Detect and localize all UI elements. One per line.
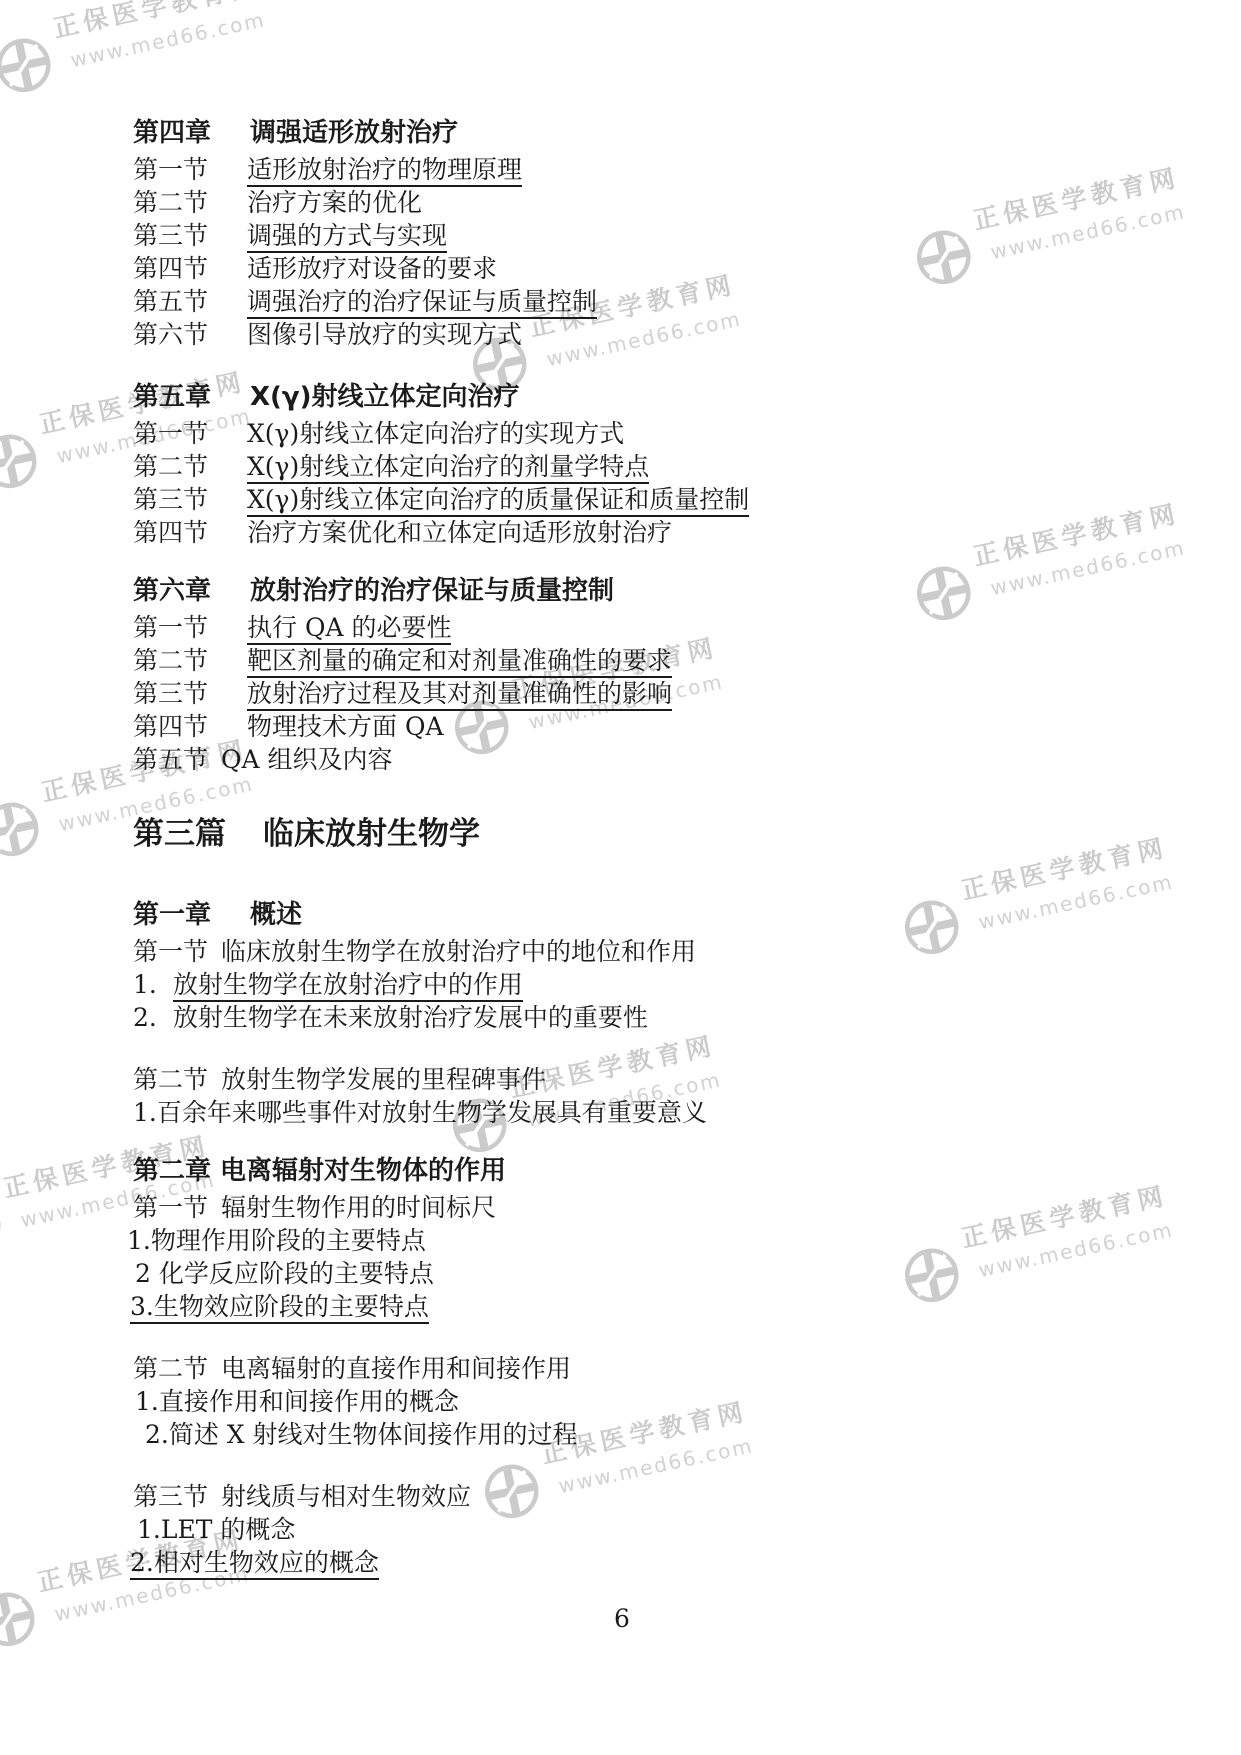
toc-subitem-row: 1.物理作用阶段的主要特点 <box>127 1224 1173 1257</box>
section-label: 第三节 <box>133 677 247 710</box>
section-title: 调强治疗的治疗保证与质量控制 <box>247 287 597 319</box>
subitem-number: 3. <box>130 1290 154 1323</box>
part-label: 第三篇 <box>133 811 263 857</box>
chapter-label: 第一章 <box>133 895 250 935</box>
toc-section-row: 第二节电离辐射的直接作用和间接作用 <box>133 1352 1173 1385</box>
underlined-group: 2.相对生物效应的概念 <box>130 1548 379 1580</box>
section-title: 治疗方案的优化 <box>247 188 422 217</box>
chapter-heading: 第六章放射治疗的治疗保证与质量控制 <box>133 571 1173 611</box>
toc-subitem-row: 2.相对生物效应的概念 <box>130 1546 1173 1579</box>
toc-section-row: 第五节调强治疗的治疗保证与质量控制 <box>133 285 1173 318</box>
subitem-title: 直接作用和间接作用的概念 <box>159 1387 459 1416</box>
toc-subitem-row: 1.直接作用和间接作用的概念 <box>135 1385 1173 1418</box>
subitem-title: 化学反应阶段的主要特点 <box>159 1259 434 1288</box>
toc-subitem-row: 3.生物效应阶段的主要特点 <box>130 1290 1173 1323</box>
toc-section-row: 第六节图像引导放疗的实现方式 <box>133 318 1173 351</box>
toc-section-row: 第三节调强的方式与实现 <box>133 219 1173 252</box>
section-label: 第二节 <box>133 186 247 219</box>
chapter-block: 第四章调强适形放射治疗第一节适形放射治疗的物理原理第二节治疗方案的优化第三节调强… <box>133 113 1173 351</box>
section-label: 第四节 <box>133 252 247 285</box>
section-title: 辐射生物作用的时间标尺 <box>221 1193 496 1222</box>
toc-subitem-row: 1.放射生物学在放射治疗中的作用 <box>133 968 1173 1001</box>
toc-section-row: 第二节靶区剂量的确定和对剂量准确性的要求 <box>133 644 1173 677</box>
subitem-title: 放射生物学在未来放射治疗发展中的重要性 <box>173 1003 648 1032</box>
toc-subitem-row: 2化学反应阶段的主要特点 <box>135 1257 1173 1290</box>
section-title: 电离辐射的直接作用和间接作用 <box>221 1354 571 1383</box>
section-label: 第三节 <box>133 483 247 516</box>
section-title: X(γ)射线立体定向治疗的剂量学特点 <box>247 452 649 484</box>
section-label: 第二节 <box>133 644 247 677</box>
subitem-number: 1. <box>133 1096 157 1129</box>
chapter-block: 第二章电离辐射对生物体的作用第一节辐射生物作用的时间标尺1.物理作用阶段的主要特… <box>133 1151 1173 1579</box>
section-title: 放射治疗过程及其对剂量准确性的影响 <box>247 679 672 711</box>
section-title: X(γ)射线立体定向治疗的质量保证和质量控制 <box>247 485 749 517</box>
toc-section-row: 第四节适形放疗对设备的要求 <box>133 252 1173 285</box>
subitem-number: 1. <box>137 1513 161 1546</box>
section-label: 第一节 <box>133 611 247 644</box>
toc-subitem-row: 2.放射生物学在未来放射治疗发展中的重要性 <box>133 1001 1173 1034</box>
section-label: 第三节 <box>133 219 247 252</box>
chapter-label: 第五章 <box>133 377 250 417</box>
chapter-title: 电离辐射对生物体的作用 <box>220 1156 506 1186</box>
toc-section-row: 第三节放射治疗过程及其对剂量准确性的影响 <box>133 677 1173 710</box>
page-number: 6 <box>600 1604 644 1633</box>
part-block: 第三篇临床放射生物学 <box>133 811 1173 857</box>
section-title: 图像引导放疗的实现方式 <box>247 320 522 349</box>
subitem-number: 2. <box>130 1546 154 1579</box>
blank-line <box>133 1034 1173 1063</box>
section-title: 临床放射生物学在放射治疗中的地位和作用 <box>221 937 696 966</box>
underlined-group: 3.生物效应阶段的主要特点 <box>130 1292 429 1324</box>
section-title: 适形放疗对设备的要求 <box>247 254 497 283</box>
section-title: 靶区剂量的确定和对剂量准确性的要求 <box>247 646 672 678</box>
chapter-title: 放射治疗的治疗保证与质量控制 <box>250 576 614 606</box>
chapter-label: 第二章 <box>133 1151 211 1191</box>
chapter-block: 第六章放射治疗的治疗保证与质量控制第一节执行 QA 的必要性第二节靶区剂量的确定… <box>133 571 1173 776</box>
section-label: 第二节 <box>133 450 247 483</box>
chapter-label: 第六章 <box>133 571 250 611</box>
section-title: 执行 QA 的必要性 <box>247 613 451 645</box>
section-label: 第四节 <box>133 516 247 549</box>
subitem-title: 生物效应阶段的主要特点 <box>154 1292 429 1321</box>
watermark: 正保医学教育网 www.med66.com <box>0 0 329 123</box>
subitem-number: 1. <box>133 968 157 1001</box>
section-label: 第四节 <box>133 710 247 743</box>
section-title: 调强的方式与实现 <box>247 221 447 253</box>
section-label: 第二节 <box>133 1352 208 1385</box>
subitem-title: 相对生物效应的概念 <box>154 1548 379 1577</box>
subitem-number: 2. <box>145 1418 169 1451</box>
subitem-title: 百余年来哪些事件对放射生物学发展具有重要意义 <box>157 1098 707 1127</box>
blank-line <box>133 1323 1173 1352</box>
section-label: 第五节 <box>133 285 247 318</box>
chapter-title: X(γ)射线立体定向治疗 <box>250 382 520 412</box>
toc-section-row: 第四节物理技术方面 QA <box>133 710 1173 743</box>
chapter-heading: 第二章电离辐射对生物体的作用 <box>133 1151 1173 1191</box>
document-page: 正保医学教育网 www.med66.com 正保医学教育网 www.med66.… <box>0 0 1241 1755</box>
subitem-number: 2. <box>133 1001 157 1034</box>
toc-section-row: 第三节X(γ)射线立体定向治疗的质量保证和质量控制 <box>133 483 1173 516</box>
section-title: 放射生物学发展的里程碑事件 <box>221 1065 546 1094</box>
section-label: 第二节 <box>133 1063 208 1096</box>
toc-subitem-row: 2.简述 X 射线对生物体间接作用的过程 <box>145 1418 1173 1451</box>
chapter-heading: 第五章X(γ)射线立体定向治疗 <box>133 377 1173 417</box>
toc-section-row: 第二节放射生物学发展的里程碑事件 <box>133 1063 1173 1096</box>
section-label: 第六节 <box>133 318 247 351</box>
med66-logo-icon <box>0 795 46 864</box>
med66-logo-icon <box>0 31 58 100</box>
subitem-title: 放射生物学在放射治疗中的作用 <box>173 970 523 1002</box>
toc-section-row: 第一节适形放射治疗的物理原理 <box>133 153 1173 186</box>
part-heading: 第三篇临床放射生物学 <box>133 811 1173 857</box>
toc-section-row: 第四节治疗方案优化和立体定向适形放射治疗 <box>133 516 1173 549</box>
blank-line <box>133 1451 1173 1480</box>
chapter-title: 调强适形放射治疗 <box>250 118 458 148</box>
subitem-title: 简述 X 射线对生物体间接作用的过程 <box>169 1420 578 1449</box>
section-label: 第五节 <box>133 743 208 776</box>
section-title: 治疗方案优化和立体定向适形放射治疗 <box>247 518 672 547</box>
section-title: 物理技术方面 QA <box>247 712 444 741</box>
section-label: 第一节 <box>133 935 208 968</box>
subitem-title: LET 的概念 <box>161 1515 295 1544</box>
toc-section-row: 第一节临床放射生物学在放射治疗中的地位和作用 <box>133 935 1173 968</box>
toc-subitem-row: 1.百余年来哪些事件对放射生物学发展具有重要意义 <box>133 1096 1173 1129</box>
chapter-label: 第四章 <box>133 113 250 153</box>
section-label: 第一节 <box>133 1191 208 1224</box>
section-label: 第一节 <box>133 153 247 186</box>
chapter-block: 第五章X(γ)射线立体定向治疗第一节X(γ)射线立体定向治疗的实现方式第二节X(… <box>133 377 1173 549</box>
section-label: 第三节 <box>133 1480 208 1513</box>
med66-logo-icon <box>0 1585 42 1654</box>
med66-logo-icon <box>0 427 44 496</box>
subitem-number: 1. <box>135 1385 159 1418</box>
toc-section-row: 第三节射线质与相对生物效应 <box>133 1480 1173 1513</box>
chapter-heading: 第四章调强适形放射治疗 <box>133 113 1173 153</box>
section-title: X(γ)射线立体定向治疗的实现方式 <box>247 419 624 448</box>
chapter-heading: 第一章概述 <box>133 895 1173 935</box>
toc-section-row: 第二节X(γ)射线立体定向治疗的剂量学特点 <box>133 450 1173 483</box>
toc-section-row: 第五节QA 组织及内容 <box>133 743 1173 776</box>
section-title: 射线质与相对生物效应 <box>221 1482 471 1511</box>
chapter-title: 概述 <box>250 900 302 930</box>
toc-section-row: 第一节辐射生物作用的时间标尺 <box>133 1191 1173 1224</box>
toc-section-row: 第一节执行 QA 的必要性 <box>133 611 1173 644</box>
toc-subitem-row: 1.LET 的概念 <box>137 1513 1173 1546</box>
section-title: QA 组织及内容 <box>221 745 393 774</box>
section-title: 适形放射治疗的物理原理 <box>247 155 522 187</box>
section-label: 第一节 <box>133 417 247 450</box>
subitem-number: 2 <box>135 1257 151 1290</box>
toc-section-row: 第一节X(γ)射线立体定向治疗的实现方式 <box>133 417 1173 450</box>
subitem-title: 物理作用阶段的主要特点 <box>151 1226 426 1255</box>
subitem-number: 1. <box>127 1224 151 1257</box>
chapter-block: 第一章概述第一节临床放射生物学在放射治疗中的地位和作用1.放射生物学在放射治疗中… <box>133 895 1173 1129</box>
toc-section-row: 第二节治疗方案的优化 <box>133 186 1173 219</box>
part-title: 临床放射生物学 <box>263 816 480 852</box>
